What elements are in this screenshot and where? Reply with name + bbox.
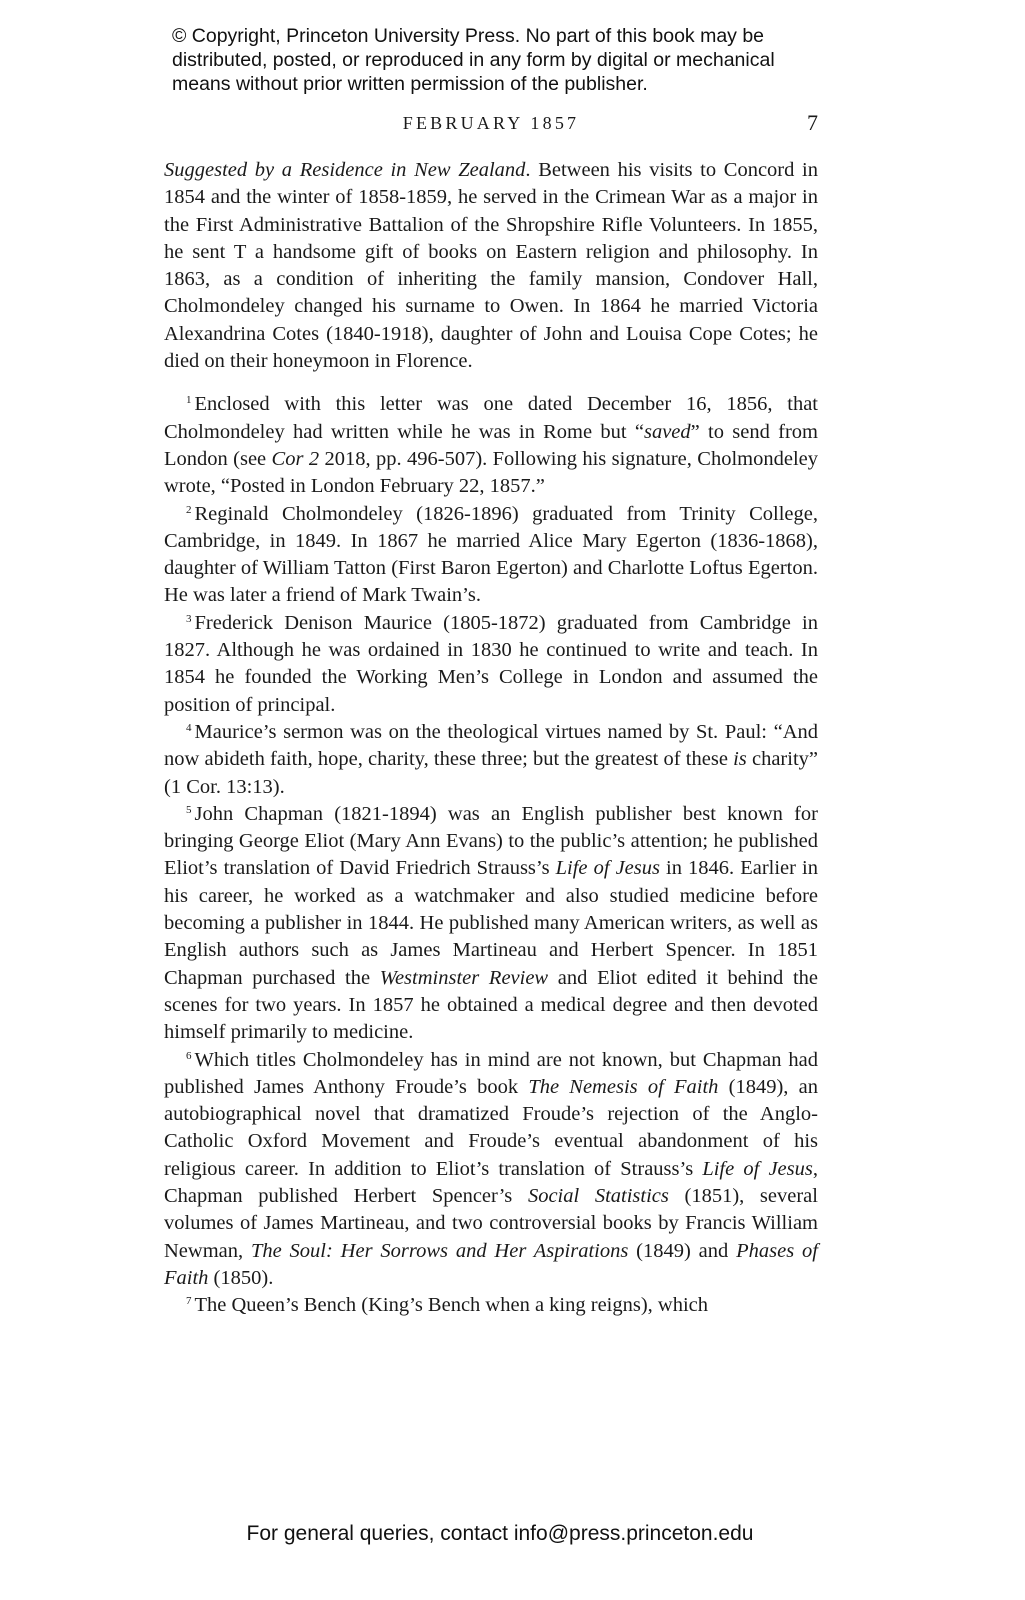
footnote: 3Frederick Denison Maurice (1805-1872) g…: [164, 610, 818, 719]
footnote-text: The Queen’s Bench (King’s Bench when a k…: [195, 1294, 709, 1316]
footnote: 5John Chapman (1821-1894) was an English…: [164, 801, 818, 1047]
footnote-number: 3: [186, 613, 192, 625]
footnote: 6Which titles Cholmondeley has in mind a…: [164, 1047, 818, 1293]
footnote-italic-text: Life of Jesus: [556, 857, 660, 879]
page-number: 7: [807, 110, 818, 136]
footnote-number: 2: [186, 504, 192, 516]
intro-paragraph: Suggested by a Residence in New Zealand.…: [164, 157, 818, 375]
footnote-italic-text: saved: [644, 421, 691, 443]
copyright-line-2: distributed, posted, or reproduced in an…: [172, 48, 852, 72]
footnote-text: (1850).: [208, 1267, 273, 1289]
footnote-text: Frederick Denison Maurice (1805-1872) gr…: [164, 612, 818, 716]
footnote-number: 7: [186, 1295, 192, 1307]
footnote-italic-text: The Soul: Her Sorrows and Her Aspiration…: [251, 1240, 628, 1262]
footnote: 2Reginald Cholmondeley (1826-1896) gradu…: [164, 501, 818, 610]
footnote-number: 5: [186, 804, 192, 816]
footnote-italic-text: Cor 2: [272, 448, 320, 470]
footnote: 1Enclosed with this letter was one dated…: [164, 391, 818, 500]
intro-text: . Between his visits to Concord in 1854 …: [164, 159, 818, 372]
book-title: Suggested by a Residence in New Zealand: [164, 159, 525, 181]
page-body: Suggested by a Residence in New Zealand.…: [164, 157, 818, 1319]
copyright-line-3: means without prior written permission o…: [172, 72, 852, 96]
running-title: FEBRUARY 1857: [164, 113, 818, 134]
footnote: 4Maurice’s sermon was on the theological…: [164, 719, 818, 801]
running-head: FEBRUARY 1857 7: [164, 110, 818, 138]
footnote-number: 4: [186, 722, 192, 734]
copyright-line-1: © Copyright, Princeton University Press.…: [172, 24, 852, 48]
copyright-notice: © Copyright, Princeton University Press.…: [172, 24, 852, 96]
footnote-italic-text: The Nemesis of Faith: [528, 1076, 718, 1098]
footnote-italic-text: Social Statistics: [528, 1185, 669, 1207]
footnote: 7The Queen’s Bench (King’s Bench when a …: [164, 1292, 818, 1319]
footnote-text: Reginald Cholmondeley (1826-1896) gradua…: [164, 503, 818, 607]
footnote-text: Maurice’s sermon was on the theological …: [164, 721, 818, 770]
footnote-italic-text: Life of Jesus: [702, 1158, 813, 1180]
footnote-number: 6: [186, 1050, 192, 1062]
footnote-number: 1: [186, 394, 192, 406]
footnote-italic-text: is: [733, 748, 747, 770]
footer-contact: For general queries, contact info@press.…: [0, 1522, 1000, 1546]
footnote-italic-text: Westminster Review: [380, 967, 548, 989]
footnote-text: (1849) and: [628, 1240, 736, 1262]
footnotes-list: 1Enclosed with this letter was one dated…: [164, 391, 818, 1319]
